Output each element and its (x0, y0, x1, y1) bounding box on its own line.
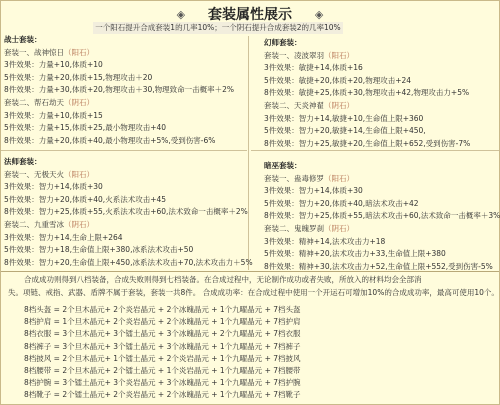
note-line: 合成成功则得到八档装备，合成失败则得到七档装备。在合成过程中，无论制作成功或者失… (0, 273, 500, 286)
set-title: 套装一、蛊毒修罗（阳石） (264, 173, 500, 186)
set-effect: 8件效果：力量+20,体质+40,最小物理攻击+5%,受到伤害-6% (4, 135, 234, 148)
set-title: 套装二、天炎神翟（阴石） (264, 100, 470, 113)
gem-tag: （阳石） (64, 170, 94, 179)
set-effect: 5件效果：智力+18,生命值上限+380,冰系法术攻击+50 (4, 244, 253, 257)
set-effect: 5件效果：敏捷+20,体质+20,物理攻击+24 (264, 75, 470, 88)
gem-tag: （阳石） (324, 174, 354, 183)
recipe-item: 8档头盔 = 2个旦木晶元+ 2个炎岩晶元 + 2个冰魄晶元 + 1个九曜晶元 … (24, 304, 301, 316)
gem-tag: （阴石） (64, 98, 94, 107)
section-heading: 幻师套装： (264, 37, 470, 50)
illusionist-section: 幻师套装： 套装一、凌波翠羽（阳石） 3件效果：敏捷+14,体质+16 5件效果… (264, 37, 470, 150)
gem-tag: （阳石） (324, 51, 354, 60)
recipe-item: 8档护肩 = 1个旦木晶元+ 2个炎岩晶元 + 2个冰魄晶元 + 1个九曜晶元 … (24, 316, 301, 328)
set-effect: 5件效果：智力+20,体质+40,火系法术攻击+45 (4, 194, 253, 207)
divider (1, 150, 247, 151)
set-effect: 8件效果：敏捷+25,体质+30,物理攻击+42,物理攻击力+5% (264, 87, 470, 100)
recipe-item: 8档裤子 = 3个旦木晶元+ 3个镭土晶元 + 3个冰魄晶元 + 1个九曜晶元 … (24, 341, 301, 353)
set-effect: 5件效果：精神+20,法术攻击力+33,生命值上限+380 (264, 248, 500, 261)
gem-tag: （阴石） (64, 220, 94, 229)
diamond-ornament-icon: ◈ (177, 8, 185, 21)
mage-section: 法师套装： 套装一、无极天火（阳石） 3件效果：智力+14,体质+30 5件效果… (4, 156, 253, 269)
dark-witch-section: 暗巫套装： 套装一、蛊毒修罗（阳石） 3件效果：智力+14,体质+30 5件效果… (264, 160, 500, 273)
set-effect: 3件效果：智力+14,体质+30 (264, 185, 500, 198)
set-effect: 3件效果：敏捷+14,体质+16 (264, 62, 470, 75)
warrior-section: 战士套装： 套装一、战神惊日（阳石） 3件效果：力量+10,体质+10 5件效果… (4, 34, 234, 147)
divider (1, 271, 499, 272)
set-effect: 3件效果：智力+14,敏捷+10,生命值上限+360 (264, 113, 470, 126)
divider (251, 150, 499, 151)
set-title: 套装一、凌波翠羽（阳石） (264, 50, 470, 63)
set-title: 套装一、战神惊日（阳石） (4, 47, 234, 60)
synthesis-note: 合成成功则得到八档装备，合成失败则得到七档装备。在合成过程中，无论制作成功或者失… (0, 273, 500, 299)
title-text: 套装属性展示 (208, 7, 292, 23)
gem-tag: （阳石） (64, 48, 94, 57)
set-title: 套装二、帮石劫天（阴石） (4, 97, 234, 110)
section-heading: 战士套装： (4, 34, 234, 47)
set-effect: 8件效果：智力+20,生命值上限+450,冰系法术攻击+70,法术攻击力＋5% (4, 257, 253, 270)
set-effect: 3件效果：精神+14,法术攻击力+18 (264, 236, 500, 249)
gem-tag: （阴石） (324, 224, 354, 233)
note-line: 失。项链、戒指、武器、盾牌不属于套装，套装一共8件。 合成成功率：在合成过程中使… (0, 286, 500, 299)
set-effect: 5件效果：力量+15,体质+25,最小物理攻击+40 (4, 122, 234, 135)
recipe-item: 8档腰带 = 2个旦木晶元+ 2个镭土晶元 + 1个炎岩晶元 + 1个九曜晶元 … (24, 365, 301, 377)
set-effect: 8件效果：智力+25,敏捷+20,生命值上限+652,受到伤害-7% (264, 138, 470, 151)
set-title: 套装二、九重雪冰（阴石） (4, 219, 253, 232)
recipe-item: 8档护腕 = 3个镭土晶元+ 3个炎岩晶元 + 3个冰魄晶元 + 1个九曜晶元 … (24, 377, 301, 389)
set-effect: 3件效果：力量+10,体质+10 (4, 59, 234, 72)
set-effect: 3件效果：智力+14,体质+30 (4, 181, 253, 194)
set-effect: 5件效果：力量+20,体质+15,物理攻击＋20 (4, 72, 234, 85)
set-title: 套装二、鬼魄罗刹（阴石） (264, 223, 500, 236)
gem-tag: （阴石） (324, 101, 354, 110)
set-title: 套装一、无极天火（阳石） (4, 169, 253, 182)
page-title: ◈ 套装属性展示 ◈ (0, 4, 500, 22)
recipe-item: 8档靴子 = 2个镭土晶元+ 2个炎岩晶元 + 2个冰魄晶元 + 1个九曜晶元 … (24, 389, 301, 401)
set-effect: 5件效果：智力+20,敏捷+14,生命值上限+450, (264, 125, 470, 138)
set-effect: 3件效果：力量+10,体质+15 (4, 110, 234, 123)
recipe-item: 8档衣服 = 3个旦木晶元+ 3个镭土晶元 + 3个冰魄晶元 + 2个九曜晶元 … (24, 328, 301, 340)
diamond-ornament-icon: ◈ (315, 8, 323, 21)
section-heading: 法师套装： (4, 156, 253, 169)
set-effect: 3件效果：智力+14,生命上限+264 (4, 232, 253, 245)
recipe-item: 8档披风 = 2个旦木晶元+ 1个镭土晶元 + 2个炎岩晶元 + 1个九曜晶元 … (24, 353, 301, 365)
set-effect: 8件效果：智力+25,体质+55,火系法术攻击+60,法术致命一击概率＋2% (4, 206, 253, 219)
subtitle-note: 一个阳石提升合成套装1的几率10%；一个阴石提升合成套装2的几率10% (93, 22, 343, 34)
section-heading: 暗巫套装： (264, 160, 500, 173)
recipe-list: 8档头盔 = 2个旦木晶元+ 2个炎岩晶元 + 2个冰魄晶元 + 1个九曜晶元 … (24, 304, 301, 402)
set-effect: 8件效果：力量+30,体质+20,物理攻击＋30,物理致命一击概率＋2% (4, 84, 234, 97)
set-effect: 8件效果：智力+25,体质+55,暗法术攻击+60,法术致命一击概率＋3% (264, 210, 500, 223)
set-effect: 5件效果：智力+20,体质+40,暗法术攻击+42 (264, 198, 500, 211)
